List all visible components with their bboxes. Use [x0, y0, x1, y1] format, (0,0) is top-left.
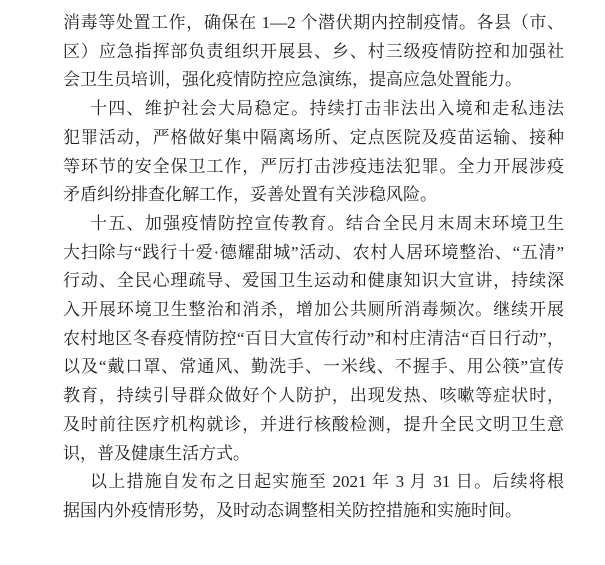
text-line: 十四、维护社会大局稳定。持续打击非法出入境和走私违法: [63, 95, 564, 124]
paragraph-continuation: 消毒等处置工作，确保在 1—2 个潜伏期内控制疫情。各县（市、区）应急指挥部负责…: [63, 9, 564, 95]
paragraph-item-15: 十五、加强疫情防控宣传教育。结合全民月末周末环境卫生大扫除与“践行十爱·德耀甜城…: [63, 210, 564, 468]
paragraph-effective-date: 以上措施自发布之日起实施至 2021 年 3 月 31 日。后续将根据国内外疫情…: [63, 468, 564, 525]
text-line: 行动、全民心理疏导、爱国卫生运动和健康知识大宣讲，持续深: [63, 267, 564, 296]
text-line: 犯罪活动，严格做好集中隔离场所、定点医院及疫苗运输、接种: [63, 124, 564, 153]
text-line: 矛盾纠纷排查化解工作，妥善处置有关涉稳风险。: [63, 181, 564, 210]
text-line: 识，普及健康生活方式。: [63, 440, 564, 469]
text-line: 等环节的安全保卫工作，严厉打击涉疫违法犯罪。全力开展涉疫: [63, 153, 564, 182]
text-line: 教育，持续引导群众做好个人防护，出现发热、咳嗽等症状时，: [63, 382, 564, 411]
text-line: 以上措施自发布之日起实施至 2021 年 3 月 31 日。后续将根: [63, 468, 564, 497]
text-line: 以及“戴口罩、常通风、勤洗手、一米线、不握手、用公筷”宣传: [63, 353, 564, 382]
document-page: 消毒等处置工作，确保在 1—2 个潜伏期内控制疫情。各县（市、区）应急指挥部负责…: [0, 0, 605, 565]
text-line: 消毒等处置工作，确保在 1—2 个潜伏期内控制疫情。各县（市、: [63, 9, 564, 38]
text-line: 入开展环境卫生整治和消杀，增加公共厕所消毒频次。继续开展: [63, 296, 564, 325]
paragraph-item-14: 十四、维护社会大局稳定。持续打击非法出入境和走私违法犯罪活动，严格做好集中隔离场…: [63, 95, 564, 210]
document-text-block: 消毒等处置工作，确保在 1—2 个潜伏期内控制疫情。各县（市、区）应急指挥部负责…: [63, 9, 564, 526]
text-line: 据国内外疫情形势，及时动态调整相关防控措施和实施时间。: [63, 497, 564, 526]
text-line: 及时前往医疗机构就诊，并进行核酸检测，提升全民文明卫生意: [63, 411, 564, 440]
text-line: 十五、加强疫情防控宣传教育。结合全民月末周末环境卫生: [63, 210, 564, 239]
text-line: 会卫生员培训，强化疫情防控应急演练，提高应急处置能力。: [63, 66, 564, 95]
text-line: 大扫除与“践行十爱·德耀甜城”活动、农村人居环境整治、“五清”: [63, 239, 564, 268]
text-line: 农村地区冬春疫情防控“百日大宣传行动”和村庄清洁“百日行动”，: [63, 325, 564, 354]
text-line: 区）应急指挥部负责组织开展县、乡、村三级疫情防控和加强社: [63, 38, 564, 67]
